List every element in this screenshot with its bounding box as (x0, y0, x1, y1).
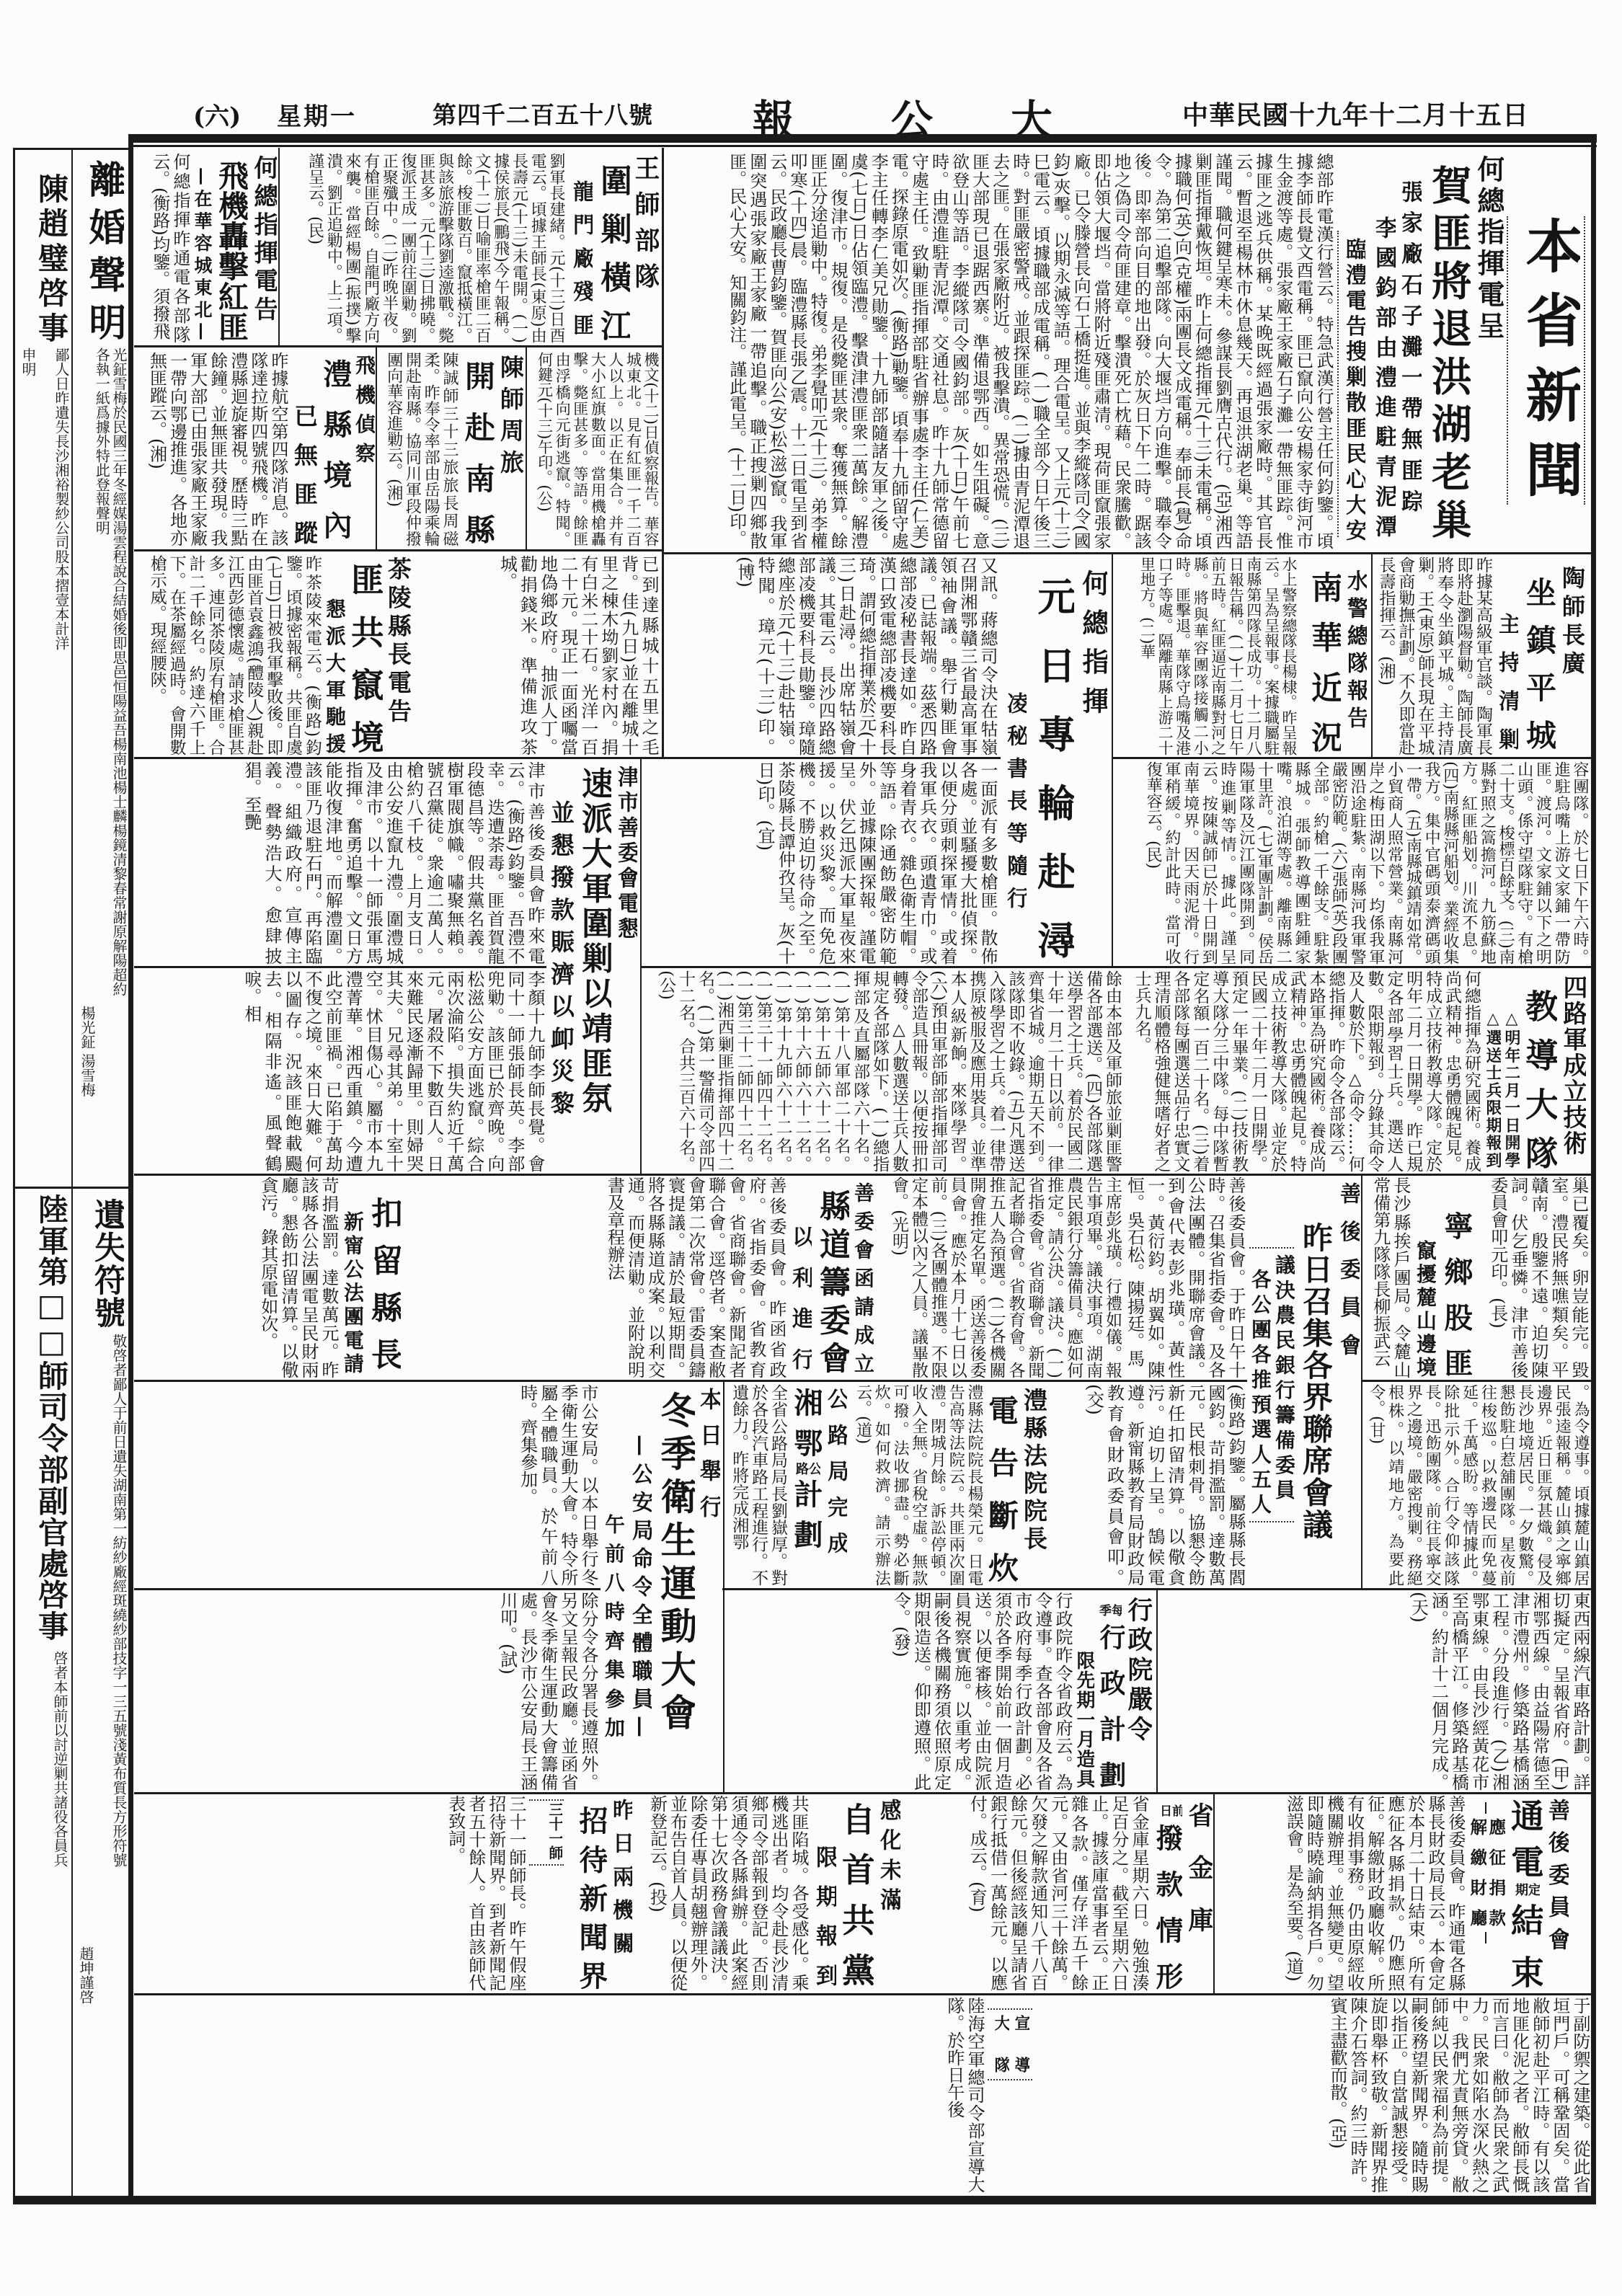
kicker: 昨日兩機關 (609, 1799, 632, 1954)
section-label-line: 大隊 (991, 2015, 1009, 2073)
headline: 飛機轟擊紅匪 (215, 160, 248, 342)
headline-inset: 每季 (1097, 1602, 1122, 1618)
article-body-continued: 。為令遵事。頃據麓山鎮居民張逵報稱。麓山鎮之寧鄉邊界。近日匪氛甚熾。侵及長沙地境… (1365, 1384, 1590, 1586)
right-border-rule (1591, 134, 1596, 2204)
column-rule (526, 347, 527, 549)
kicker: 善後委員會 (1544, 1799, 1569, 1950)
section-rule (134, 1588, 601, 1590)
kicker: 何總指揮電告 (249, 155, 277, 321)
headline: 坐鎮平城 (1523, 577, 1556, 750)
article-body: 澧縣法院院長楊榮元。日電告高等法院云。共匪兩次圍澧。閉城月餘。訴訟停頓。收入全無… (854, 1384, 983, 1586)
ad-chen-zhaobi-footer: 申明 (20, 347, 36, 391)
section-rule (1112, 757, 1591, 759)
kicker: 公路局完成 (824, 1388, 847, 1553)
subhead: 主持清剿 (1495, 613, 1518, 750)
subhead-line: 解繳財廳 (1468, 1818, 1486, 1926)
kicker: 陶師長廣 (1559, 566, 1585, 674)
headline: 匪共竄境 (347, 562, 383, 753)
issue-number: 第四千二百五十八號 (433, 97, 653, 130)
subhead: 龍門廠殘匪 (570, 180, 593, 335)
ads-horizontal-divider (13, 1187, 130, 1189)
article-body: 善後委員會。昨函省政府。省指委會。省教育會。省商聯會。新聞記者聯合會。逕啓者。案… (407, 1176, 786, 1378)
headline: 扣留縣長 (366, 1197, 401, 1370)
ad-army-notice-body: 啓者本師前以討逆剿共諸役各員兵 (20, 1651, 68, 2191)
article-body: 陳誠師三十三旅旅長周磁柔。昨奉令率部由岳陽乘輪開赴南縣。協同川軍段仲撥團向華容進… (379, 352, 458, 546)
kicker: 陳師周旅 (497, 355, 523, 474)
publication-date: 中華民國十九年十二月十五日 (1182, 95, 1529, 132)
headline: 電告斷炊 (985, 1395, 1018, 1582)
section-label: 三十一師 (531, 1802, 562, 1860)
article-body: 又訊。蔣總司令決在牯嶺召開湘鄂贛三省最高軍事領袖會議。舉行勦匪會議。已誌報端。茲… (665, 557, 998, 755)
headline: 竄擾麓山邊境 (1413, 1240, 1436, 1377)
kicker: 茶陵縣長電告 (385, 557, 411, 722)
headline: 南華近況 (1306, 571, 1341, 753)
article-body: 長沙縣挨戶團局。令麓山常備第九隊隊長柳振武云 (1365, 1176, 1411, 1378)
headline: 圍剿橫江 (595, 164, 630, 341)
article-body: 何總指揮為研究國術。養成尚武精神。忠勇體魄起見。特成立技術教導大隊。定於明年二月… (1126, 970, 1481, 1172)
section-masthead-local-news: 本省新聞 (1514, 216, 1580, 497)
kicker: 善後委員會 (1337, 1182, 1360, 1355)
headline: 澧縣境內 (319, 359, 351, 539)
subhead: 議決農民銀行籌備委員 (1273, 1254, 1295, 1499)
subhead: △選送士兵限期報到 (1484, 1009, 1501, 1168)
kicker: 何總指揮電呈 (1473, 155, 1504, 339)
headline-part: 湘鄂 (790, 1388, 822, 1457)
subhead: △明年二月一日開學 (1502, 1009, 1520, 1168)
article-body-continued: 一面派有多數槍匪。散佈各處。並騷擾大批偵探。以便分頭刺探軍情。或着我軍兵衣。頭遺… (665, 761, 998, 965)
article-body: 省金庫星期六日。勉強湊足百分之。截至星期六日止。據該庫當事者云。正雜各款。僅存洋… (905, 1795, 1149, 1991)
kicker: 寧鄉股匪 (1440, 1211, 1472, 1377)
section-label-line: 宣導 (1011, 2015, 1029, 2073)
ads-divider-rule (128, 134, 133, 2204)
section-rule (1362, 1380, 1591, 1382)
column-rule (1371, 552, 1373, 757)
article-body-continued: 容團隊。於七日下午六時。進駐烏嘴上游文家鋪一帶防匪。渡河。文家鋪以下之明山頭。係… (1116, 761, 1589, 965)
subhead-dash (1485, 1802, 1486, 1814)
article-body-continued: 機文(十二)日偵察報告。華容城東北。見有紅匪一千二百人以上。以正在集合。并有大小… (528, 352, 660, 546)
subhead-dots (1249, 1521, 1294, 1522)
headline-inset: 定期 (1510, 1881, 1540, 1897)
article-body: 何總指揮昨通電各部隊云。(衡路)均鑒。須撥飛 (137, 153, 190, 343)
ad-divorce-body: 光鉦雪梅於民國三年冬經媒湯雲程說合結婚後即思邑恒陽益吾楊南池楊士麟楊鏡清黎春常謝… (75, 347, 127, 996)
article-body-continued: 主席彭兆璜。行禮如儀。報告事項畢。議決事項。湖南農民銀行分籌備員。應如何推定。請… (877, 1176, 1122, 1378)
column-rule (723, 1380, 724, 1792)
ad-divorce-title: 離婚聲明 (76, 160, 124, 340)
section-rule (640, 966, 1591, 968)
article-body: 善後委員會。于昨日午十時。召集省指委會。及各公法團體。開聯席會議。到會代表彭兆璜… (1125, 1176, 1246, 1378)
subhead: —在華容城東北— (192, 167, 212, 340)
quota-list: 餘由本部及軍師旅並剿匪警備各部選送。(四)各部隊選送學習之士兵。着於民國二十年一… (643, 970, 1122, 1172)
ad-lost-badge-body: 敬啓者鄙人于前日遺失湖南第一紡紗廠經斑繞紗部技字一三五號淺黃布質長方形符號 (95, 1334, 127, 1939)
ads-middle-divider (71, 150, 73, 2196)
article-body: 昨茶陵來電云。(衡路)鈞鑒。頃據密報稱。共匪自虞(七日)日被我軍擊敗後。即由匪首… (137, 555, 322, 755)
column-rule (278, 148, 280, 345)
ad-chen-zhaobi-body: 鄙人日昨遺失長沙湘裕製紗公司股本摺壹本計洋 (37, 347, 69, 996)
section-rule (134, 1993, 1591, 1995)
section-rule (134, 1174, 1591, 1176)
subhead: 李國鈞部由澧進駐青泥潭 (1371, 216, 1396, 537)
article-body: 劉軍長建緒。元(十三)日酉電云。頃據王師長(東原)由長壽元(十三)未電開。(一)… (283, 153, 565, 343)
subhead-separator (1337, 231, 1339, 537)
column-rule (662, 148, 664, 757)
article-body: 昨據某高級軍官談。陶軍長即將赴瀏陽督勦。陶師長廣將奉令坐鎮平城。主持清剿。王(東… (1375, 557, 1492, 755)
kicker: 津市善委會電懇 (614, 766, 637, 939)
subhead: 各公團各推預選人五人 (1249, 1269, 1271, 1514)
headline: 開赴南縣 (461, 360, 495, 544)
article-body: 陸海空軍總司令部宣導大隊。於昨日午後 (137, 1997, 985, 2193)
kicker: 何總指揮 (1078, 569, 1107, 714)
kicker: 感化未滿 (876, 1799, 900, 1910)
ad-army-notice-title: 陸軍第□□師司令部副官處啓事 (19, 1194, 68, 1641)
kicker: 水警總隊報告 (1344, 569, 1367, 728)
headline: 元日專輪赴潯 (1032, 577, 1074, 959)
subhead: 凌秘書長等隨行 (1003, 692, 1027, 908)
headline-part: 通電 (1507, 1799, 1543, 1878)
headline: 昨日召集各界聯席會議 (1299, 1222, 1332, 1539)
article-body: 市公安局。以本日舉行冬季衛生運動大會。特令所屬全體職員。於午前八時。齊集參加。 (137, 1384, 598, 1586)
subhead: 懇派大軍馳援 (324, 598, 345, 753)
article-body: 全省公路局局長劉嶽厚。對於各段汽車路工程進行。不遺餘力。昨將完成湘鄂 (725, 1384, 787, 1586)
headline: 賀匪將退洪湖老巢 (1426, 164, 1471, 539)
subhead-line: 應征捐款 (1486, 1818, 1505, 1926)
headline: 自首共黨 (838, 1802, 874, 1986)
article-body: 三十一師師長。昨午假座招待新聞界。到者新聞記者五十餘人。首由該師代表致詞。 (137, 1795, 526, 1991)
section-rule (134, 549, 662, 551)
article-body: 昨據航空第四隊消息。該隊達拉斯四號飛機。昨在澧縣迴旋審視。歷時三點餘鐘。並無匪共… (137, 352, 288, 546)
kicker: 行政院嚴令 (1125, 1597, 1152, 1741)
headline: 冬季衛生運動大會 (655, 1391, 695, 1730)
column-rule (376, 347, 377, 549)
masthead-border-left (1507, 216, 1508, 505)
article-body-continued: 東西兩線汽車路計劃。詳切擬定。呈報省府。(甲)湘鄂西線。由益陽常德至津市澧州。修… (1159, 1592, 1590, 1791)
kicker: 四路軍成立技術 (1559, 975, 1586, 1155)
subhead: 張家廠石子灘一帶無匪踪 (1397, 180, 1422, 512)
kicker: 本日舉行 (696, 1388, 720, 1517)
article-body-continued: 已到達縣城十五里之毛背。佳(九日)並在離城十里之棟木坳劉家村內。捐有白米二十石。… (417, 555, 659, 755)
column-rule (640, 757, 642, 1174)
ad-lost-badge-title: 遺失符號 (76, 1198, 124, 1328)
ad-lost-badge-signature: 趙坤謹啓 (76, 1946, 94, 2069)
headline-part: 結束 (1507, 1903, 1543, 1988)
kicker: 飛機偵察 (353, 355, 375, 463)
kicker: 省金庫 (1185, 1802, 1213, 1932)
article-body-continued: 巢已覆矣。卵豈能完。毀室。澧民將無噍類矣。平贛南。殷鑒不遠。迫切陳詞。伏乞垂憐。… (1475, 1176, 1589, 1378)
headline: 速派大軍圍剿以靖匪氛 (577, 767, 611, 1113)
header-thin-rule (128, 145, 1597, 147)
article-body-continued: 李顏十九師李師長覺。會同十一師張師長英。李部兜勦。該匪已於齊晚。向松滋公安方面逃… (137, 970, 545, 1172)
masthead-border-right (1584, 216, 1585, 505)
headline-inset: 前日 (1153, 1802, 1182, 1818)
ads-left-border (13, 148, 15, 2197)
subhead: 限期報到 (812, 1845, 836, 1986)
subhead: 新甯公法團電請 (342, 1211, 363, 1373)
article-body: 共匪陷城。各受感化。乘機逃出者。均令赴長沙清鄉司令部報到登記。否則須通令各縣緝辦… (637, 1795, 809, 1991)
headline: 縣道籌委會 (815, 1189, 849, 1373)
subhead: 以利進行 (789, 1225, 812, 1370)
column-rule (1213, 1792, 1215, 1993)
subhead-dots (1249, 1247, 1294, 1249)
subhead: 已無匪蹤 (291, 404, 317, 544)
column-rule (1156, 1588, 1158, 1792)
section-rule (134, 345, 662, 347)
newspaper-page: (六) 星期一 第四千二百五十八號 報 公 大 中華民國十九年十二月十五日 離婚… (0, 0, 1622, 2296)
article-body: 苛捐濫罰。達數萬元。昨該縣各公法團電呈民財兩廳。懇飭扣留清算。以儆貪污。錄其原電… (137, 1176, 339, 1378)
article-body: 行政院昨令省政府云。為令遵事。查各部會及各省市政府每季行政計劃。必須於各季開始前… (725, 1592, 1073, 1791)
kicker: 澧縣法院院長 (1021, 1388, 1047, 1550)
article-body-continued: (衡路)鈞鑒。屬縣縣長閻國鈞。苛捐濫罰。達數萬元。民根刺骨。協懇令飭新任扣留清算… (1050, 1384, 1246, 1586)
subhead: 午前八時齊集參加 (603, 1514, 624, 1737)
article-body: 善後委員會。昨通電各縣縣長財政局長云。本會定於本月二十日結束。所有應征各縣捐款。… (1217, 1795, 1466, 1991)
section-rule (134, 757, 1001, 759)
article-body: 津市善後委員會昨來電云。(衡路)鈞鑒。吾澧不幸。迭遭荼毒。匪首賀龍段德昌等。假共… (137, 761, 545, 965)
subhead: 臨澧電告搜剿散匪民心大安 (1341, 238, 1365, 541)
article-body: 水上警察總隊長楊棣。昨呈報云。呈為呈報事。案據職屬駐南縣第四隊長成功。十二月八日… (1116, 557, 1298, 755)
section-rule (134, 966, 546, 968)
weekday: 星期一 (277, 97, 357, 132)
article-body: 總部昨電漢行營云。特急武漢行營主任何鈞鑒。頃據李師長覺文酉電稱。匪已竄向公安楊家… (665, 153, 1334, 549)
headline: 教導大隊 (1521, 989, 1557, 1169)
headline-inset: 公路 (792, 1461, 820, 1476)
column-rule (1112, 552, 1113, 966)
kicker: 王師部隊 (631, 155, 659, 288)
article-body-continued: 于副防禦之建築。從此省垣門戶。可稱鞏固矣。當敝師初赴平江時。有以該地匪化泥之者。… (1038, 1997, 1590, 2193)
column-rule (1361, 1174, 1362, 1588)
section-rule (662, 552, 1591, 554)
section-rule (134, 1792, 1591, 1794)
subhead: 並懇撥款賑濟以卹災黎 (548, 800, 574, 1114)
headline: 招待新聞界 (575, 1806, 607, 1990)
subhead: —公安局命令全體職員— (626, 1435, 652, 1737)
article-body-continued: 除分令各分署長遵照外。另文呈報民政廳。並函省會冬季衛生運動大會籌備處。長沙市公安… (137, 1592, 598, 1791)
header-thick-rule (128, 134, 1597, 143)
subhead: 限先期一月造具 (1074, 1651, 1094, 1788)
subhead-dash (1485, 1932, 1486, 1943)
section-rule (134, 1380, 1247, 1382)
ad-chen-zhaobi-title: 陳趙璧啓事 (20, 173, 68, 342)
headline: 撥款情形 (1152, 1824, 1182, 1990)
headline-part: 計劃 (790, 1479, 822, 1548)
ad-divorce-signature: 楊光鉦 湯雪梅 (78, 1006, 95, 1128)
headline: 行政計劃 (1096, 1623, 1125, 1788)
bottom-thick-rule (13, 2196, 1596, 2204)
page-number: (六) (193, 97, 241, 132)
kicker: 善委會函請成立 (852, 1182, 874, 1373)
